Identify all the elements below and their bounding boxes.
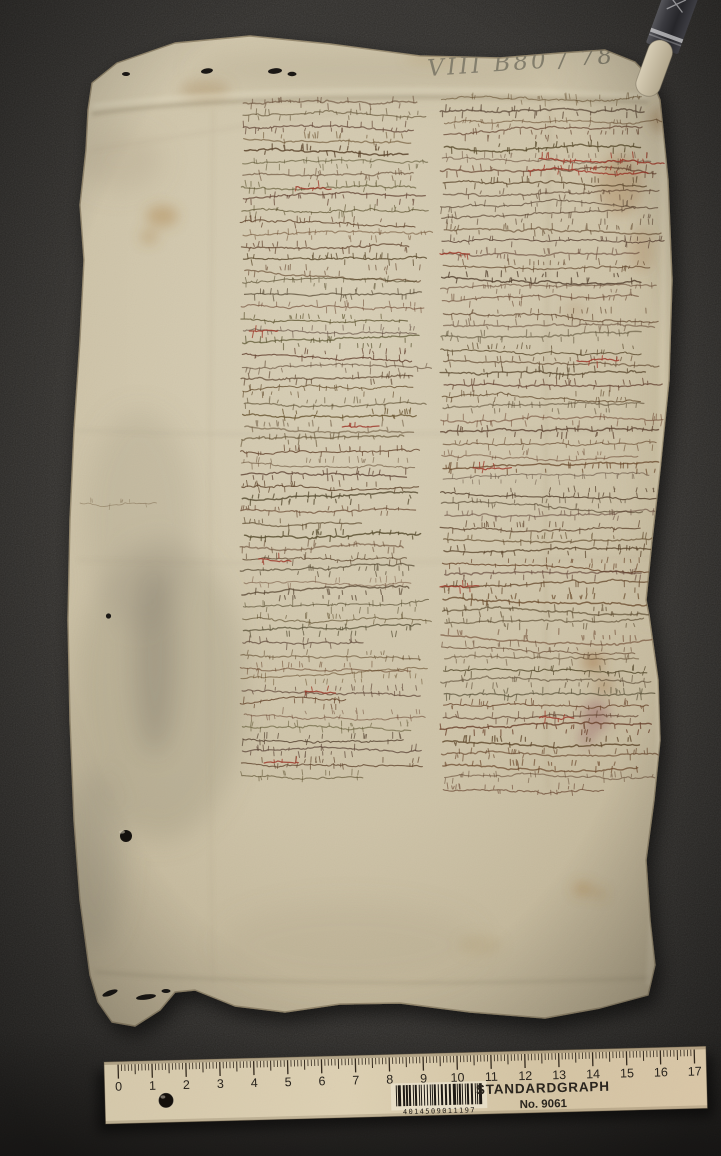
manuscript-photo: VIII B80 / 78 01234567891011121314151617…	[0, 0, 721, 1156]
ruler-number: 5	[284, 1075, 291, 1089]
ruler-number: 2	[183, 1078, 190, 1092]
ruler-number: 4	[251, 1076, 258, 1090]
ruler-barcode: 4014509011197	[391, 1081, 488, 1117]
ruler-number: 16	[654, 1065, 668, 1079]
vignette	[0, 0, 721, 1156]
ruler-hole	[158, 1093, 173, 1108]
ruler-number: 0	[115, 1080, 122, 1094]
ruler-number: 15	[620, 1066, 634, 1080]
ruler-number: 6	[318, 1074, 325, 1088]
ruler-number: 3	[217, 1077, 224, 1091]
ruler-model-label: No. 9061	[519, 1098, 567, 1111]
ruler-number: 7	[352, 1073, 359, 1087]
photo-canvas: VIII B80 / 78 01234567891011121314151617…	[0, 0, 721, 1156]
ruler-number: 17	[688, 1064, 702, 1078]
ruler-number: 1	[149, 1079, 156, 1093]
